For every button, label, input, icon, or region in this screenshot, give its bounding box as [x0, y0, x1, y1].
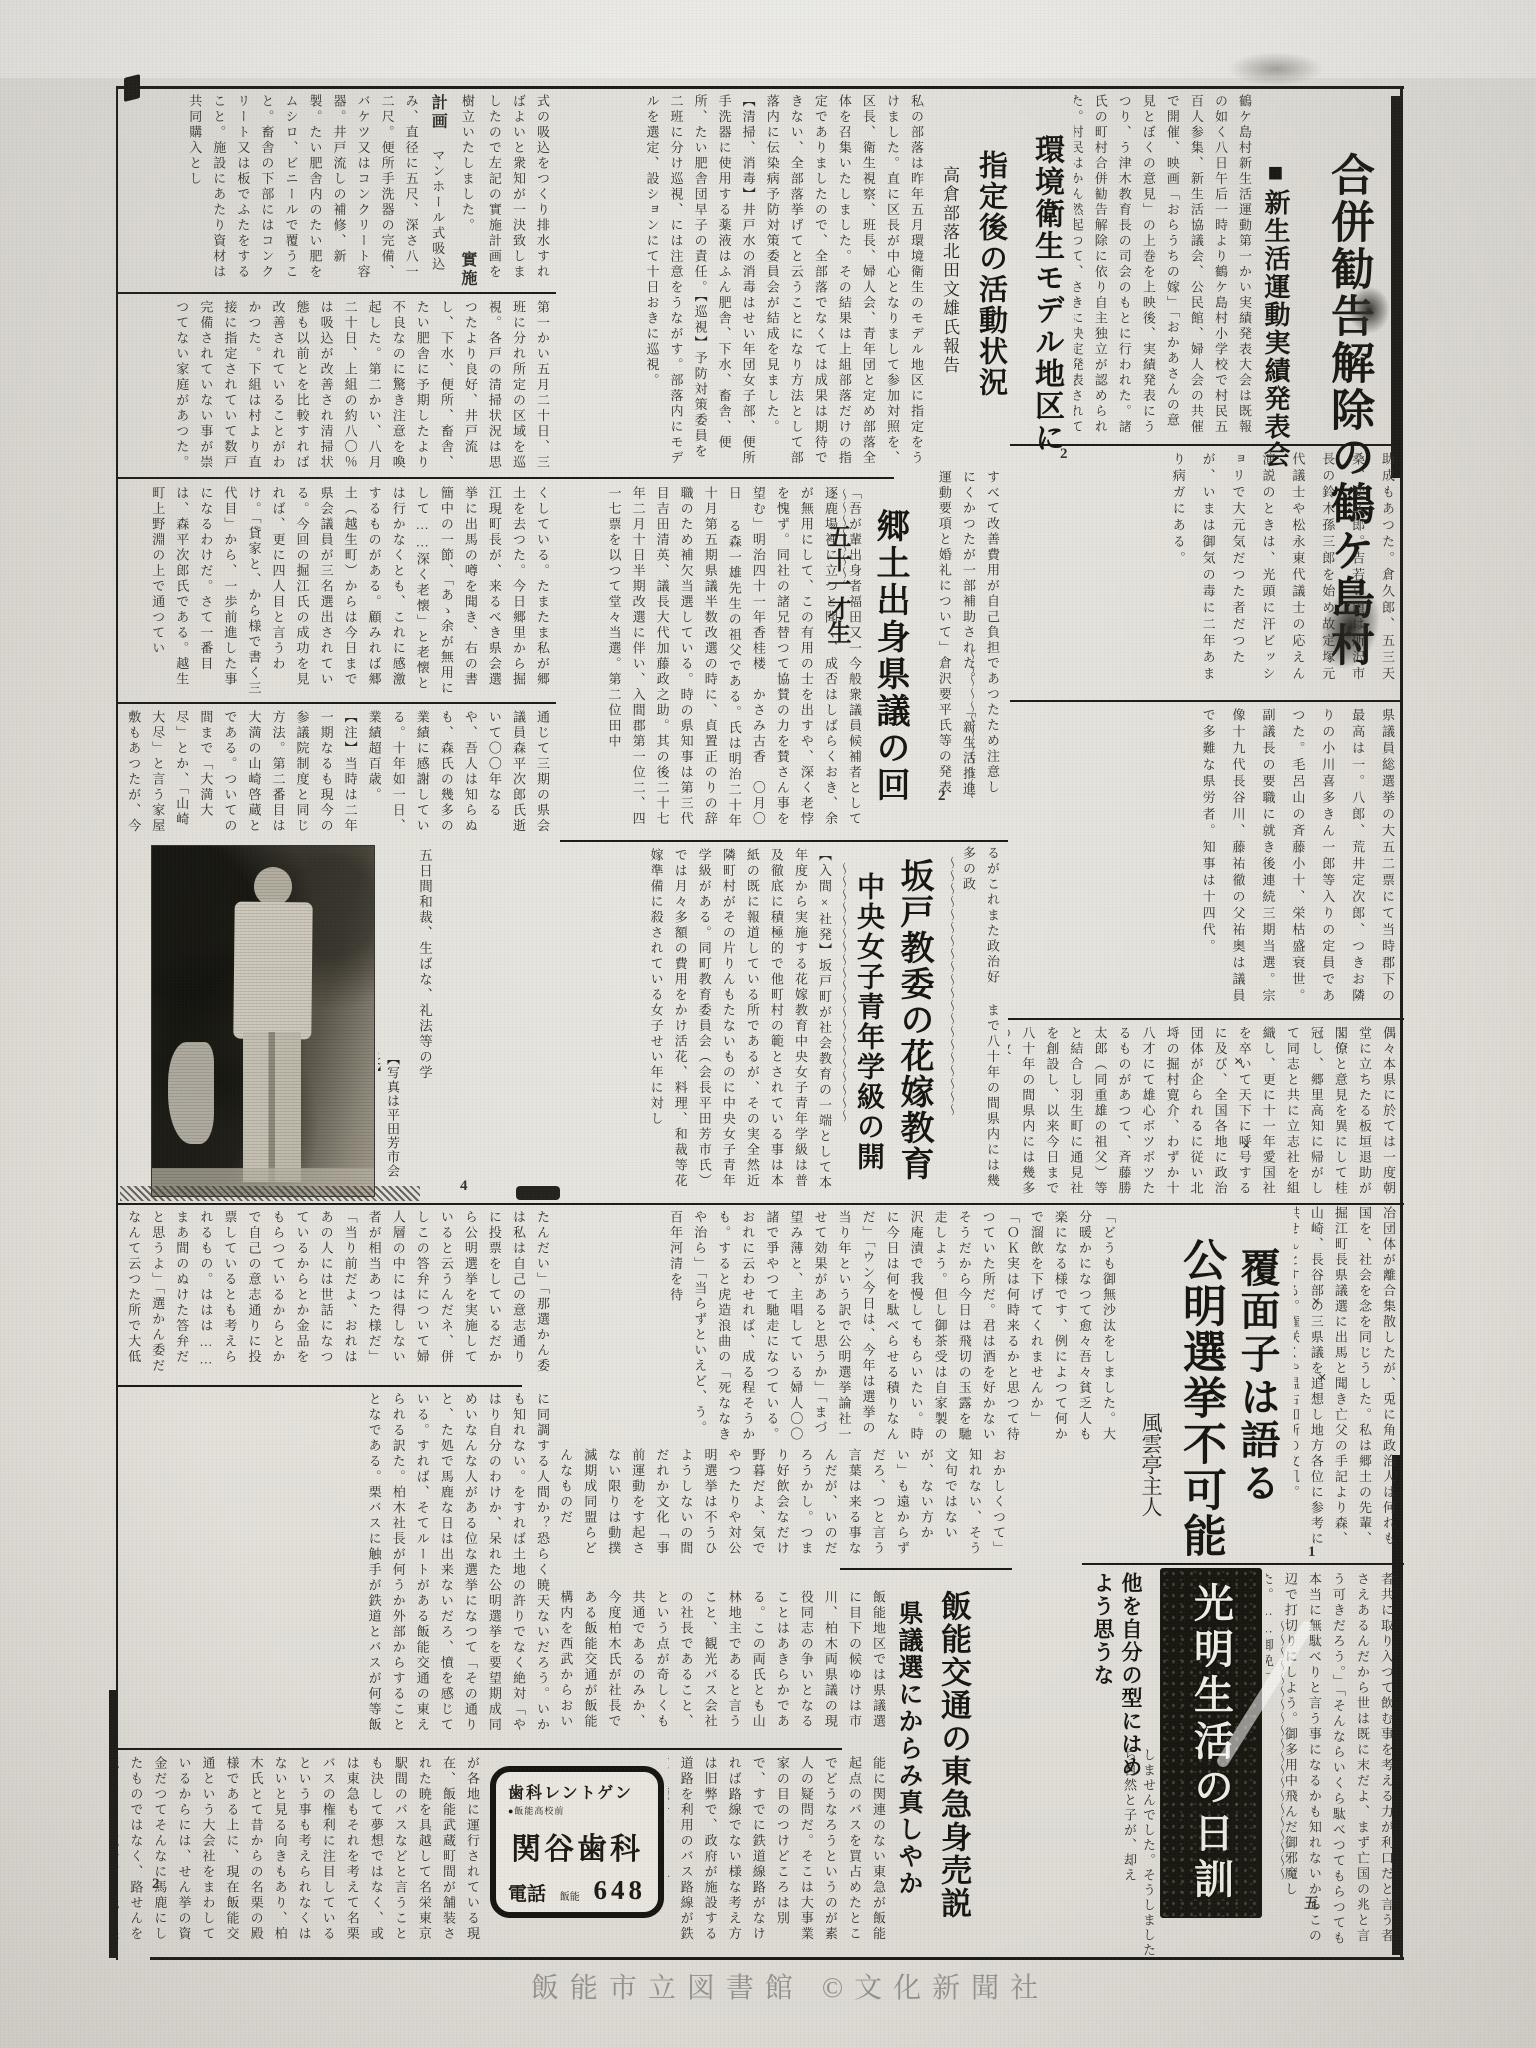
hanno-headline-1: 飯能交通の東急身売説 [930, 1590, 976, 1960]
rule-seg-7 [1008, 1018, 1404, 1020]
ad-phone-row: 電話 飯能 648 [508, 1875, 646, 1906]
wavy-rule-2: 〜〜〜〜〜〜〜〜〜〜〜〜〜〜〜〜〜〜〜〜 [834, 488, 850, 583]
rule-left-thick-bottom [109, 1690, 117, 1958]
ad-phone-number: 648 [593, 1875, 646, 1906]
column-number-4: 4 [460, 1178, 468, 1195]
komyo-note: しませんでした。そうしましたら自然と子が、却え [1114, 1748, 1158, 1960]
eisei-byline: 高倉部落北田文雄氏報告 [936, 166, 962, 454]
hanno-body-2: 能に関連のない東急が飯能起点のバスを買占めたとこでどうなろうというのが素人の疑問… [668, 1756, 890, 1954]
ad-phone-label: 電話 [508, 1879, 546, 1906]
hanno-body-1: 飯能地区では県議選に目下の候ゆけは市川、柏木両県議の現役同志の争いとなることはあ… [560, 1590, 890, 1742]
scan-glare [0, 0, 1536, 78]
rule-seg-5 [118, 702, 556, 704]
column-number-5: 五 [1304, 1892, 1319, 1913]
photo-white-cloth [168, 1042, 215, 1144]
eisei-headline-2: 指定後の活動状況 [972, 150, 1012, 412]
komyo-banner: 光明生活の日訓 [1160, 1568, 1262, 1918]
sakado-photo-side-text: 五日間和裁、生ばな、礼法等の学 [406, 848, 434, 1160]
eisei-headline-1: 環境衛生モデル地区に [1026, 134, 1068, 456]
rule-seg-2 [118, 477, 894, 479]
main-article-body: 鶴ケ島村新生活運動第一かい実績発表大会は既報の如く八日午后一時より鶴ケ島村小学校… [1074, 94, 1256, 442]
fukumenshi-headline: 公明選挙不可能説 [1178, 1237, 1232, 1595]
wavy-rule-4: 〜〜〜〜〜〜〜〜〜〜〜〜〜〜〜〜〜〜〜〜 [834, 862, 850, 1192]
library-copyright-footer: 飯能市立図書館 ©文化新聞社 [470, 1966, 1110, 2006]
fukumenshi-kicker: 覆面子は語る [1236, 1247, 1286, 1539]
rule-seg-10 [118, 1748, 842, 1750]
fukumenshi-dialogue-2: たんだい」「那選かん委は私は自己の意志通りに投票をしているだから公明選挙を実施し… [118, 1210, 554, 1380]
cross-mark-4: × [1318, 1370, 1327, 1387]
cross-mark-1: × [1234, 1054, 1243, 1071]
fukumenshi-intro: 冶団体が離合集散したが、兎に角政治人は何れも国を、社会を念を同じうした。私は郷土… [1294, 1206, 1400, 1558]
sakado-headline-1: 坂戸教委の花嫁教育 [890, 858, 938, 1198]
hanno-headline-2: 県議選にからみ真しやか [894, 1600, 926, 1952]
photo-caption: 【写真は平田芳市会長】 [378, 1052, 402, 1194]
rule-seg-9 [118, 1385, 522, 1387]
wavy-rule-1: 〜〜〜〜〜〜〜〜〜〜〜〜〜〜〜〜〜〜〜〜 [962, 648, 978, 798]
photo-figure-head [254, 867, 292, 906]
rule-bottom [150, 1957, 1404, 1960]
ad-location-line: ●飯能高校前 [508, 1804, 646, 1817]
fukumenshi-byline: 風雲亭主人 [1138, 1412, 1166, 1594]
eisei-plan-items: マンホール式吸込み、直径に五尺、深さ八一二尺。便所手洗器の完備、バケツ又はコンク… [187, 94, 445, 280]
eisei-plan: 式の吸込をつくり排水すればよいと衆知が一決致しましたので左記の實施計画を樹立いた… [118, 94, 554, 288]
rule-seg-6 [560, 840, 1008, 842]
komyo-headline-2: よう思うな [1094, 1572, 1118, 1704]
sakado-body: 【入間×社発】坂戸町が社会教育の一端として本年度から実施する花嫁教育中央女子青年… [440, 848, 836, 1196]
eisei-body-1: 私の部落は昨年五月環境衛生のモデル地区に指定をうけました。直に区長が中心となりま… [765, 94, 924, 466]
fukumenshi-dialogue-4: おかしくつて」知れない、そう文句ではないが、ない方かい」も遠からずだろ、つと言う… [560, 1448, 1010, 1558]
sakado-headline-2: 中央女子青年学級の開講 [848, 872, 888, 1198]
kaiko-quote-block: 「吾が輩出身者福田又一今般衆議員候補者として逐鹿場裡に立つと聞く、成否はしばらく… [560, 486, 866, 834]
kaiko-body-left-2: 通じて三期の県会議員森平次郎氏逝いて〇〇年なるや、吾人は知らぬも、森氏の幾多の業… [118, 710, 554, 836]
fukumenshi-dialogue-3: に同調する人間か？恐らく暁天ないだろう。いかも知れない。をすれば土地の許りでなく… [118, 1392, 554, 1742]
kaiko-tail-columns: るがこれまた政治好 まで八十年の間県内には幾多の政 [956, 846, 1004, 1194]
kaiko-headline: 郷土出身県議の回顧 [866, 508, 914, 840]
cross-mark-2: × [1242, 1138, 1251, 1155]
rule-seg-1 [118, 292, 556, 294]
column-number-2c: 2 [152, 1876, 160, 1893]
kaiko-body-1: る森一雄先生の祖父である。氏は明治二十年十月第五期県議半数改選の時に、貞置正のり… [607, 486, 742, 829]
column-number-2b: 2 [938, 788, 946, 805]
ad-clinic-name: 関谷歯科 [508, 1824, 646, 1868]
column-number-2a: 2 [1060, 446, 1068, 463]
kaiko-body-itagaki: 偶々本県に於ては一度朝堂に立ちたる板垣退助が閣僚と意見を異にして桂冠し、郷里高知… [1008, 1026, 1400, 1198]
rule-seg-11 [1082, 1563, 1404, 1565]
photo-standing-man [152, 846, 374, 1196]
eisei-body-2: 【清掃、消毒】井戸水の消毒はせい年団女子部、便所手洗器に使用する薬液はふん肥舎、… [644, 94, 755, 466]
photo-figure-legs [243, 1032, 301, 1183]
eisei-body: 私の部落は昨年五月環境衛生のモデル地区に指定をうけました。直に区長が中心となりま… [562, 94, 928, 472]
rule-seg-8 [118, 1203, 1404, 1205]
kaiko-body-right-2: 県議員総選挙の大五二票にて当時郡下の最高は一。八郎、荒井定次郎、つきお隣りの小川… [1010, 708, 1402, 1014]
newspaper-page-scan: 合併勧告解除の鶴ケ島村 ■新生活運動実績発表会 鶴ケ島村新生活運動第一かい実績発… [0, 0, 1536, 2048]
ad-phone-area: 飯能 [560, 1888, 580, 1906]
eisei-patrol-report: 第一かい五月二十日、三班に分れ所定の区域を巡視。各戸の清掃状況は思つたより良好、… [118, 300, 554, 472]
print-smear-band [120, 1186, 420, 1201]
fukumenshi-dialogue-1: 「どうも御無沙汰をしました。大分暖かになつて愈々吾々貧乏人も楽になる様です、例に… [560, 1210, 1120, 1444]
cross-mark-3: × [1312, 1294, 1321, 1311]
rule-right [1400, 86, 1403, 1960]
ad-xray-line: 歯科レントゲン [508, 1780, 646, 1803]
hanno-body-3: が各地に運行されている現在、飯能武蔵町間が舗装された暁を具越して名栄東京駅間のバ… [118, 1756, 484, 1954]
rule-seg-12 [840, 1568, 1012, 1570]
kaiko-body-right-1: 助成もあつた。倉久郎、五三天桑、変久郎。吉若い頃は所沢市長の鈴木孫三郎を始め故定… [1010, 452, 1402, 696]
kaiko-body-left-1: くしている。たまたま私が郷土を去つた。今日郷里から掘江現町長が、来るべき県会選挙… [118, 486, 554, 698]
wavy-rule-3: 〜〜〜〜〜〜〜〜〜〜〜〜〜〜〜〜〜〜〜〜 [942, 856, 958, 1190]
kaiko-tail-1: るがこれまた政治好 [985, 846, 1000, 986]
column-number-1: 1 [1308, 1544, 1316, 1561]
dentist-ad-frame: 歯科レントゲン ●飯能高校前 関谷歯科 電話 飯能 648 [490, 1766, 664, 1918]
rule-right-thick-top [1391, 96, 1400, 478]
photo-figure-torso [233, 902, 312, 1039]
rule-top [118, 86, 1404, 89]
